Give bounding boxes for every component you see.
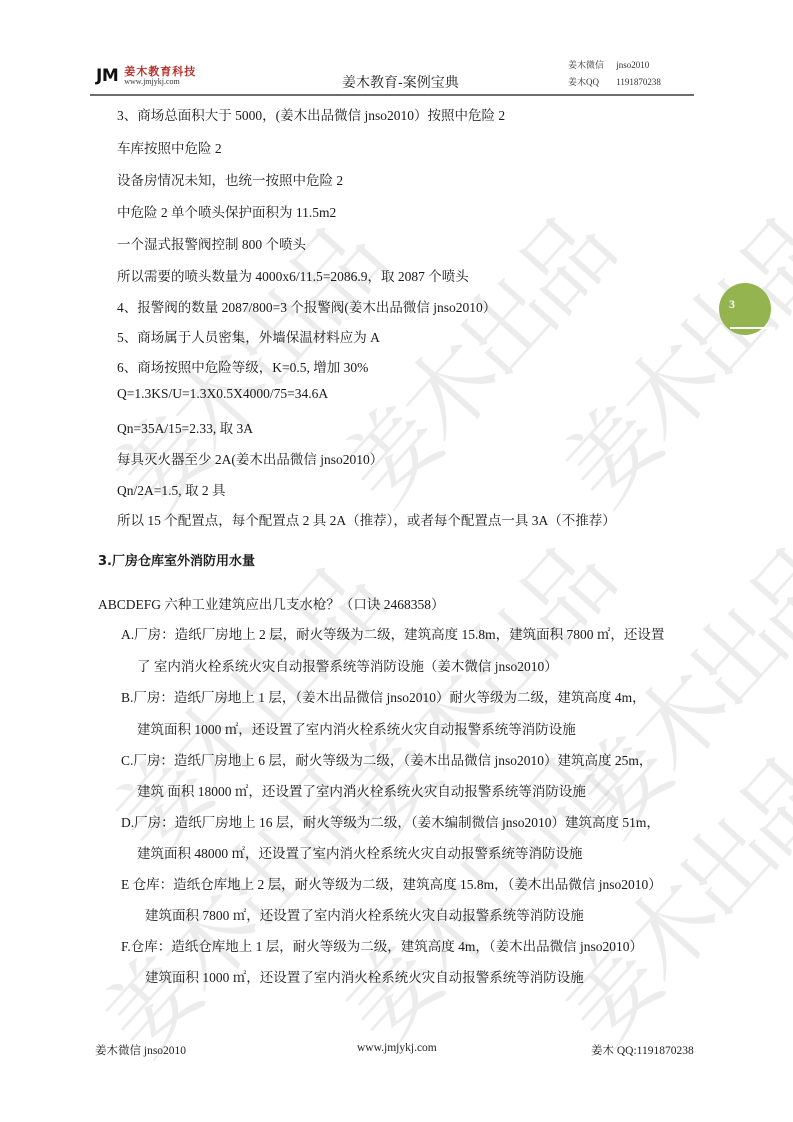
option-b-line1: B.厂房：造纸厂房地上 1 层，（姜木出品微信 jnso2010）耐火等级为二级… [121, 686, 646, 706]
option-e-line1: E 仓库：造纸仓库地上 2 层，耐火等级为二级，建筑高度 15.8m，（姜木出品… [121, 873, 662, 893]
logo: JM 姜木教育科技 www.jmjykj.com [96, 66, 196, 86]
header-divider [90, 94, 694, 96]
body-line: 设备房情况未知，也统一按照中危险 2 [117, 169, 343, 189]
option-d-line2: 建筑面积 48000 ㎡，还设置了室内消火栓系统火灾自动报警系统等消防设施 [137, 842, 583, 862]
footer-website: www.jmjykj.com [357, 1042, 437, 1054]
page-number: 3 [729, 297, 735, 312]
body-line: 6、商场按照中危险等级，K=0.5, 增加 30% [117, 356, 368, 376]
body-line: 车库按照中危险 2 [117, 137, 222, 157]
watermark: 姜木出品 [528, 724, 793, 1068]
body-line: Qn/2A=1.5, 取 2 具 [117, 479, 226, 499]
watermark: 姜木出品 [308, 724, 636, 1068]
body-line: 一个湿式报警阀控制 800 个喷头 [117, 233, 306, 253]
option-e-line2: 建筑面积 7800 ㎡，还设置了室内消火栓系统火灾自动报警系统等消防设施 [145, 904, 584, 924]
option-d-line1: D.厂房：造纸厂房地上 16 层，耐火等级为二级，（姜木编制微信 jnso201… [121, 811, 660, 831]
footer-qq: 姜木 QQ:1191870238 [591, 1042, 694, 1058]
body-line: 所以 15 个配置点，每个配置点 2 具 2A（推荐），或者每个配置点一具 3A… [117, 509, 616, 529]
option-a-line1: A.厂房：造纸厂房地上 2 层，耐火等级为二级，建筑高度 15.8m，建筑面积 … [121, 623, 664, 643]
contact-wechat: 姜木微信 jnso2010 [568, 57, 661, 74]
logo-mark: JM [96, 66, 118, 86]
option-a-line2: 了 室内消火栓系统火灾自动报警系统等消防设施（姜木微信 jnso2010） [137, 655, 558, 675]
page-header: JM 姜木教育科技 www.jmjykj.com 姜木教育-案例宝典 姜木微信 … [90, 0, 694, 92]
question-text: ABCDEFG 六种工业建筑应出几支水枪？（口诀 2468358） [98, 593, 445, 613]
body-line: Q=1.3KS/U=1.3X0.5X4000/75=34.6A [117, 386, 328, 402]
option-f-line2: 建筑面积 1000 ㎡，还设置了室内消火栓系统火灾自动报警系统等消防设施 [145, 966, 584, 986]
footer-wechat: 姜木微信 jnso2010 [95, 1042, 186, 1058]
header-title: 姜木教育-案例宝典 [342, 72, 459, 92]
body-line: 4、报警阀的数量 2087/800=3 个报警阀(姜木出品微信 jnso2010… [117, 296, 496, 316]
option-f-line1: F.仓库：造纸仓库地上 1 层，耐火等级为二级，建筑高度 4m，（姜木出品微信 … [121, 935, 643, 955]
watermark: 姜木出品 [528, 184, 793, 528]
body-line: 3、商场总面积大于 5000，(姜木出品微信 jnso2010）按照中危险 2 [117, 104, 505, 124]
header-contact: 姜木微信 jnso2010 姜木QQ 1191870238 [568, 57, 661, 91]
body-line: 中危险 2 单个喷头保护面积为 11.5m2 [117, 201, 336, 221]
body-line: 每具灭火器至少 2A(姜木出品微信 jnso2010） [117, 448, 383, 468]
body-line: Qn=35A/15=2.33, 取 3A [117, 417, 253, 437]
body-line: 所以需要的喷头数量为 4000x6/11.5=2086.9，取 2087 个喷头 [117, 265, 469, 285]
logo-url: www.jmjykj.com [124, 78, 196, 86]
page-badge-line [730, 327, 775, 329]
logo-company-name: 姜木教育科技 [124, 66, 196, 77]
option-c-line2: 建筑 面积 18000 ㎡，还设置了室内消火栓系统火灾自动报警系统等消防设施 [137, 780, 586, 800]
body-line: 5、商场属于人员密集，外墙保温材料应为 A [117, 326, 380, 346]
option-b-line2: 建筑面积 1000 ㎡，还设置了室内消火栓系统火灾自动报警系统等消防设施 [137, 718, 576, 738]
section-heading: 3.厂房仓库室外消防用水量 [98, 550, 255, 569]
option-c-line1: C.厂房：造纸厂房地上 6 层，耐火等级为二级，（姜木出品微信 jnso2010… [121, 749, 652, 769]
contact-qq: 姜木QQ 1191870238 [568, 74, 661, 91]
